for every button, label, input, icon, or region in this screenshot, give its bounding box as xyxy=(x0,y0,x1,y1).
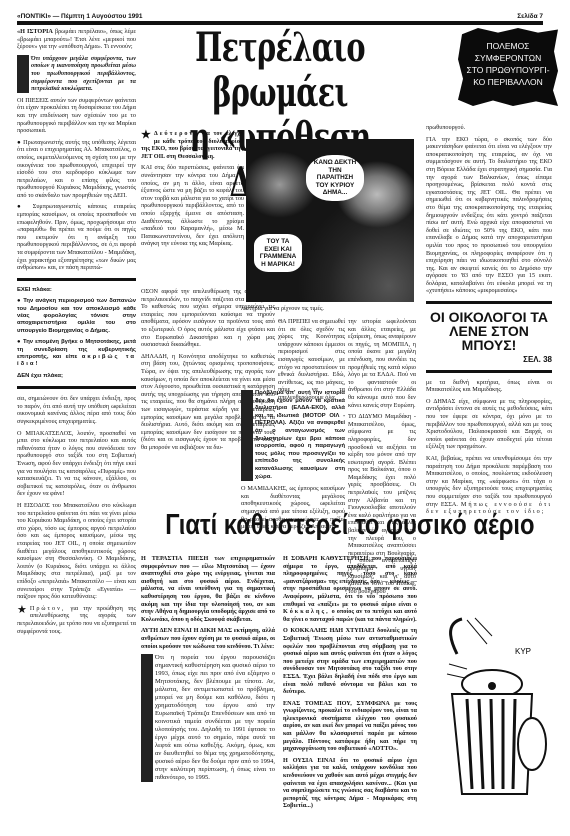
box-end: ΔΕΝ έχει πλάκα; xyxy=(17,373,136,380)
mouse-cartoon: ΚΥΡ xyxy=(437,614,547,814)
para: Ο ΚΟΚΚΑΛΗΣ ΗΔΗ ΧΤΥΠΑΕΙ δουλειές με τη Σο… xyxy=(283,627,417,695)
para: ΚΑΙ στις δύο περιπτώσεις, φαίνεται ότι σ… xyxy=(141,164,244,248)
news-photo: ΚΑΝΩ ΔΕΚΤΗ ΤΗΝ ΠΑΡΑΙΤΗΣΗ ΤΟΥ ΚΥΡΙΟΥ ΔΗΜΑ… xyxy=(246,139,414,302)
page-number: Σελίδα 7 xyxy=(517,13,543,20)
lead: Η ΤΕΡΑΣΤΙΑ ΠΙΕΣΗ xyxy=(141,555,208,562)
divider xyxy=(17,278,136,281)
badge-line: ΣΤΟ ΠΡΩΘΥΠΟΥΡΓΙ- xyxy=(458,64,558,76)
para: σει, σημειώνουν ότι δεν υπάρχει ένδειξη,… xyxy=(17,395,136,425)
badge-line: ΠΟΛΕΜΟΣ xyxy=(458,40,558,52)
headline-line-1: Πετρέλαιο βρωμάει xyxy=(179,25,381,115)
para: ΓΙΑ την ΕΚΟ τώρα, ο σκοπός των δύο μακεν… xyxy=(426,136,552,295)
text: του Μπακατσέλου στο κύκλωμα του πετρελαί… xyxy=(17,502,136,600)
lead: Η ΣΟΒΑΡΗ ΚΑΘΥΣΤΕΡΗΣΗ xyxy=(283,555,368,562)
intro: «Η ΙΣΤΟΡΙΑ βρωμάει πετρέλαιο», όπως λέμε… xyxy=(17,28,136,51)
lead: ΚΑΙ, xyxy=(426,455,439,462)
lead: ΔΗΛΑΔΗ, xyxy=(141,353,168,360)
para: Ο ΜΠΑΚΑΤΣΕΛΟΣ, λοιπόν, προσπαθεί να μπει… xyxy=(17,430,136,498)
para: ΕΝΑΣ ΤΟΜΕΑΣ ΠΟΥ, ΣΥΜΦΩΝΑ με τους γνωρίζο… xyxy=(283,700,417,753)
para: Η ΤΕΡΑΣΤΙΑ ΠΙΕΣΗ των επιχειρηματικών συμ… xyxy=(141,555,275,623)
lead: ΕΝΑΣ ΤΟΜΕΑΣ ΠΟΥ, ΣΥΜΦΩΝΑ xyxy=(283,700,390,707)
lead: ΓΙΑ την ΕΚΟ xyxy=(426,136,468,143)
para: Ο ΔΗΜΑΣ είχε, σύμφωνα με τις πληροφορίες… xyxy=(426,398,552,451)
box-para: ● Την επομένη βγήκε ο Μητσοτάκης, μετά τ… xyxy=(17,339,136,369)
pull-quote: Ότι η πορεία του έργου παρουσιάζει σημαν… xyxy=(141,654,275,782)
sidebar-box: ΕΧΕΙ πλάκα: ● Την ανάγκη περιορισμού των… xyxy=(17,287,136,380)
topic-badge: ΠΟΛΕΜΟΣ ΣΥΜΦΕΡΟΝΤΩΝ ΣΤΟ ΠΡΩΘΥΠΟΥΡΓΙ- ΚΟ … xyxy=(458,28,558,106)
divider xyxy=(426,301,552,304)
masthead: «ΠΟΝΤΙΚΙ» — Πέμπτη 1 Αυγούστου 1991 xyxy=(17,13,143,20)
promo-box[interactable]: ΟΙ ΟΙΚΟΛΟΓΟΙ ΤΑ ΛΕΝΕ ΣΤΟΝ ΜΠΟΥΣ! ΣΕΛ. 38 xyxy=(426,310,552,364)
text: είχε, σύμφωνα με τις πληροφορίες, αντιδρ… xyxy=(426,398,552,451)
text: των επιχειρηματικών συμφερόντων που — εί… xyxy=(141,555,275,623)
spaced-text: Δεύτερον, xyxy=(154,130,198,137)
text: να σημειωθεί ότι σε όλες σχεδόν τις χώρε… xyxy=(278,318,345,401)
pull-quote: Πρόβλημα απ' αυτή την ιστορία δεν θα έχο… xyxy=(241,390,345,481)
badge-line: ΣΥΜΦΕΡΟΝΤΩΝ xyxy=(458,52,558,64)
text: δουλειές με τη Σοβιετική Ένωση μέσω των … xyxy=(283,627,417,695)
column-2: ★Δεύτερον, για τον έλεγχο με κάθε τρόπο … xyxy=(141,130,243,252)
column-1: «Η ΙΣΤΟΡΙΑ βρωμάει πετρέλαιο», όπως λέμε… xyxy=(17,28,136,639)
para: ★Πρώτον, για την προώθηση της απελευθέρω… xyxy=(17,605,136,635)
lead: ΟΣΟΝ xyxy=(141,288,158,295)
lead: ΘΑ ΠΡΕΠΕΙ xyxy=(278,318,310,325)
lead: Η ΟΥΣΙΑ ΕΙΝΑΙ xyxy=(283,757,335,764)
lead: ΟΙ ΠΙΕΣΕΙΣ xyxy=(17,97,49,104)
box-para: ● Την ανάγκη περιορισμού των δαπανών του… xyxy=(17,298,136,335)
star-icon: ★ xyxy=(141,130,151,140)
lead: Ο ΔΗΜΑΣ xyxy=(426,398,455,405)
lead: Ο ΜΠΑΚΑΤΣΕΛΟΣ, xyxy=(17,430,73,437)
lead: Ο ΜΑΜΙΔΑΚΗΣ, xyxy=(241,485,287,492)
para: πρωθυπουργού. xyxy=(426,124,552,132)
text: ότι το φυσικό αέριο έχει κολλήσει για τα… xyxy=(283,757,417,810)
lead: Η ΕΙΣΟΔΟΣ xyxy=(17,502,50,509)
gas-column-2: Η ΣΟΒΑΡΗ ΚΑΘΥΣΤΕΡΗΣΗ που παρουσιάζει σήμ… xyxy=(283,555,417,814)
column-5: πρωθυπουργού. ΓΙΑ την ΕΚΟ τώρα, ο σκοπός… xyxy=(426,124,552,520)
para: ● Πρωταγωνιστής αυτής της υπόθεσης λέγετ… xyxy=(17,139,136,200)
text: λοιπόν, προσπαθεί να μπει στο κύκλωμα το… xyxy=(17,430,136,498)
svg-text:ΚΥΡ: ΚΥΡ xyxy=(515,647,531,656)
speech-bubble: ΤΟΥ ΤΑ ΕΧΕΙ ΚΑΙ ΓΡΑΜΜΕΝΑ Η ΜΑΡΙΚΑ! xyxy=(254,234,302,272)
promo-page-ref[interactable]: ΣΕΛ. 38 xyxy=(426,356,552,364)
pull-quote: Ότι υπάρχουν μεγάλα συμφέροντα, των οποί… xyxy=(17,55,136,93)
para: ΟΙ ΠΙΕΣΕΙΣ αυτών των συμφερόντων φαίνετα… xyxy=(17,97,136,135)
text: τώρα, ο σκοπός των δύο μακεντάσηδων φαίν… xyxy=(426,136,552,295)
secondary-headline: Γιατί καθυστερεί το φυσικό αέριο xyxy=(165,510,395,540)
speech-bubble: ΚΑΝΩ ΔΕΚΤΗ ΤΗΝ ΠΑΡΑΙΤΗΣΗ ΤΟΥ ΚΥΡΙΟΥ ΔΗΜΑ… xyxy=(306,155,364,201)
promo-title[interactable]: ΟΙ ΟΙΚΟΛΟΓΟΙ ΤΑ ΛΕΝΕ ΣΤΟΝ ΜΠΟΥΣ! xyxy=(426,310,552,352)
para: Η ΕΙΣΟΔΟΣ του Μπακατσέλου στο κύκλωμα το… xyxy=(17,502,136,601)
para: ΑΥΤΗ ΔΕΝ ΕΙΝΑΙ Η ΔΙΚΗ ΜΑΣ εκτίμηση, αλλά… xyxy=(141,627,275,650)
para: ΚΑΙ, βεβαίως, πρέπει να υπενθυμίσουμε ότ… xyxy=(426,455,552,516)
divider xyxy=(426,370,552,373)
para: την ιστορία ωφελούνται και άλλες εταιρεί… xyxy=(348,318,416,409)
para: ΘΑ ΠΡΕΠΕΙ να σημειωθεί ότι σε όλες σχεδό… xyxy=(278,318,345,402)
para: με τα διεθνή κριτήρια, όπως είναι οι Μπα… xyxy=(426,379,552,394)
gas-column-1: Η ΤΕΡΑΣΤΙΑ ΠΙΕΣΗ των επιχειρηματικών συμ… xyxy=(141,555,275,786)
para: Η ΟΥΣΙΑ ΕΙΝΑΙ ότι το φυσικό αέριο έχει κ… xyxy=(283,757,417,810)
para: ★Δεύτερον, για τον έλεγχο με κάθε τρόπο … xyxy=(141,130,243,160)
page-header: «ΠΟΝΤΙΚΙ» — Πέμπτη 1 Αυγούστου 1991 Σελί… xyxy=(17,10,543,24)
box-title: ΕΧΕΙ πλάκα: xyxy=(17,287,136,294)
star-icon: ★ xyxy=(17,605,27,615)
photo-caption: λιστήρια για να ρίχνουν τις τιμές. xyxy=(241,305,414,313)
para: ● Συμπρωταγωνιστές κάποιες εταιρείες εμπ… xyxy=(17,203,136,271)
spaced-text: Πρώτον, xyxy=(30,605,66,612)
para: Η ΣΟΒΑΡΗ ΚΑΘΥΣΤΕΡΗΣΗ που παρουσιάζει σήμ… xyxy=(283,555,417,623)
cartoon-drawing-icon: ΚΥΡ xyxy=(437,614,547,814)
lead: ΤΟ ΔΙΔΥΜΟ xyxy=(348,413,382,420)
text: με τους γνωρίζοντες, προκαλεί το ενδιαφέ… xyxy=(283,700,417,753)
lead: «Η ΙΣΤΟΡΙΑ xyxy=(17,28,53,35)
lead: ΑΥΤΗ ΔΕΝ ΕΙΝΑΙ Η ΔΙΚΗ ΜΑΣ xyxy=(141,627,232,634)
lead: Ο ΚΟΚΚΑΛΗΣ ΗΔΗ ΧΤΥΠΑΕΙ xyxy=(283,627,375,634)
spaced-text: Κόκκαλης, xyxy=(283,608,330,615)
column-3: λιστήρια για να ρίχνουν τις τιμές. xyxy=(278,305,414,317)
badge-line: ΚΟ ΠΕΡΙΒΑΛΛΟΝ xyxy=(458,76,558,88)
divider xyxy=(17,386,136,389)
text: που παρουσιάζει σήμερα το έργο, αποδίδετ… xyxy=(283,555,417,608)
